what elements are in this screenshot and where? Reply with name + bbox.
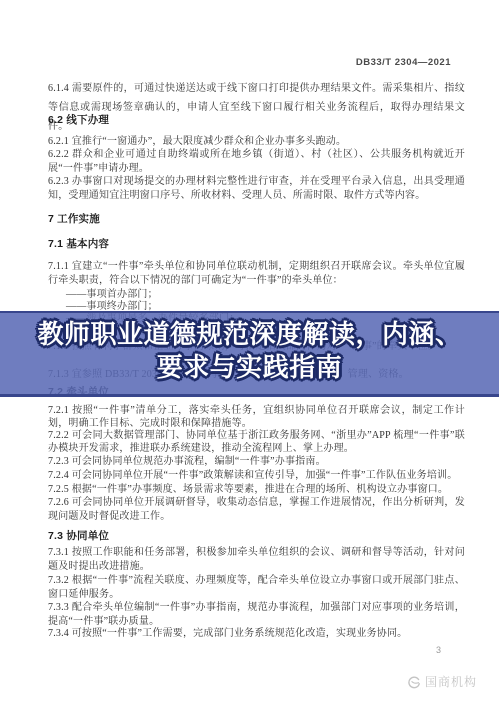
doc-paragraph: 7.2.4 可会同协同单位开展“一件事”政策解读和宣传引导，加强“一件事”工作队…	[48, 469, 465, 482]
section-heading: 7 工作实施	[48, 213, 465, 226]
doc-paragraph: 7.3.1 按照工作职能和任务部署，积极参加牵头单位组织的会议、调研和督导等活动…	[48, 546, 465, 573]
watermark-label: 国商机构	[425, 673, 477, 690]
doc-paragraph: 6.2.2 群众和企业可通过自助终端或所在地乡镇（街道）、村（社区）、公共服务机…	[48, 148, 465, 175]
doc-paragraph: 7.3.2 根据“一件事”流程关联度、办理频度等，配合牵头单位设立办事窗口或开展…	[48, 574, 465, 601]
doc-paragraph: 7.2.3 可会同协同单位规范办事流程，编制“一件事”办事指南。	[48, 455, 465, 468]
document-page: DB33/T 2304—2021 6.1.4 需要原件的，可通过快递送达或于线下…	[0, 0, 499, 706]
doc-paragraph: 7.2.5 根据“一件事”办事频度、场景需求等要素，推进在合理的场所、机构设立办…	[48, 483, 465, 496]
section-heading: 7.1 基本内容	[48, 238, 465, 251]
swirl-logo-icon	[407, 675, 421, 689]
doc-paragraph: 6.2.1 宜推行“一窗通办”，最大限度减少群众和企业办事多头跑动。	[48, 135, 465, 148]
doc-paragraph: 7.2.6 可会同协同单位开展调研督导，收集动态信息，掌握工作进展情况，作出分析…	[48, 496, 465, 523]
doc-paragraph: 7.2.1 按照“一件事”清单分工，落实牵头任务，宜组织协同单位召开联席会议，制…	[48, 404, 465, 430]
doc-paragraph: 7.1.1 宜建立“一件事”牵头单位和协同单位联动机制，定期组织召开联席会议。牵…	[48, 260, 465, 287]
page-number: 3	[436, 645, 441, 655]
headline-title: 教师职业道德规范深度解读，内涵、 要求与实践指南	[0, 311, 499, 397]
doc-paragraph: 6.1.4 需要原件的，可通过快递送达或于线下窗口打印提供办理结果文件。需采集相…	[48, 79, 465, 136]
doc-paragraph: 7.2.2 可会同大数据管理部门、协同单位基于浙江政务服务网、“浙里办”APP …	[48, 429, 465, 455]
section-heading: 6.2 线下办理	[48, 114, 465, 127]
doc-paragraph: 7.3.4 可按照“一件事”工作需要，完成部门业务系统规范化改造，实现业务协同。	[48, 627, 465, 640]
doc-paragraph: 7.3.3 配合牵头单位编制“一件事”办事指南，规范办事流程，加强部门对应事项的…	[48, 601, 465, 628]
doc-paragraph: 6.2.3 办事窗口对现场提交的办理材料完整性进行审查，并在受理平台录入信息，出…	[48, 175, 465, 202]
headline-line-2: 要求与实践指南	[157, 351, 343, 384]
headline-line-1: 教师职业道德规范深度解读，内涵、	[37, 318, 461, 351]
watermark: 国商机构	[407, 673, 477, 690]
section-heading: 7.3 协同单位	[48, 530, 465, 543]
